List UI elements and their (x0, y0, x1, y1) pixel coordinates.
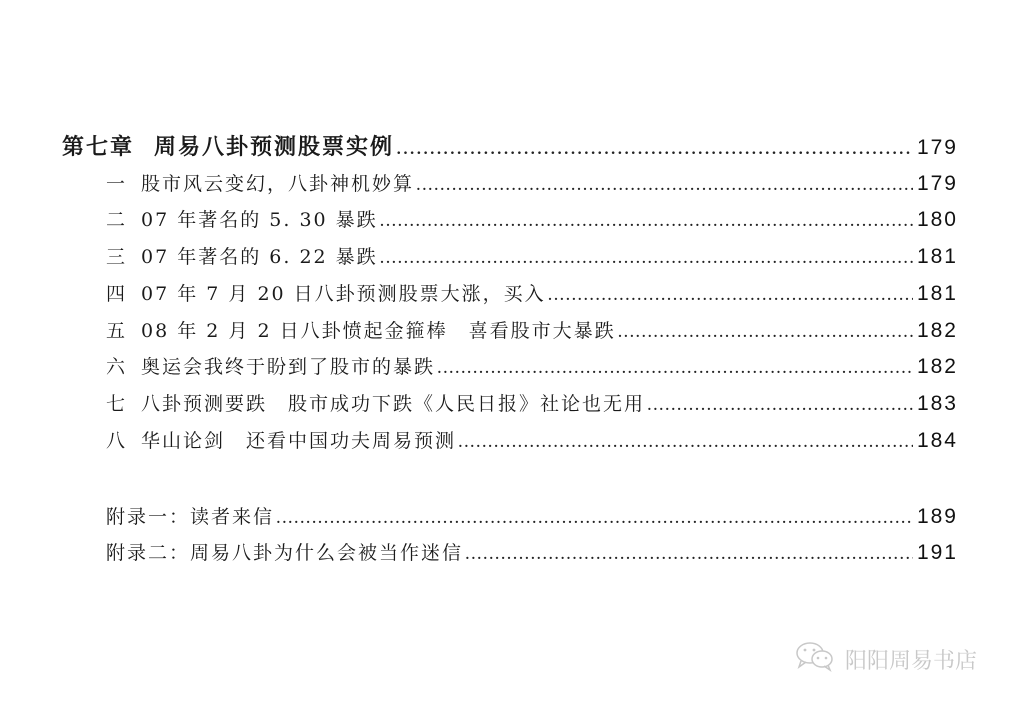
entry-title: 华山论剑 还看中国功夫周易预测 (141, 426, 456, 453)
page-number: 191 (917, 541, 958, 565)
entry-title: 股市风云变幻，八卦神机妙算 (141, 169, 414, 196)
toc-entry: 二 07 年著名的 5. 30 暴跌 .....................… (106, 205, 958, 232)
toc-entry: 三 07 年著名的 6. 22 暴跌 .....................… (106, 242, 958, 269)
wechat-icon (795, 640, 845, 678)
toc-entry: 一 股市风云变幻，八卦神机妙算 ........................… (106, 169, 958, 196)
dot-leader: ........................................… (416, 174, 913, 196)
entry-number: 三 (106, 242, 127, 269)
dot-leader: ........................................… (380, 247, 913, 269)
entry-number: 一 (106, 169, 127, 196)
chapter-heading: 第七章 周易八卦预测股票实例 .........................… (62, 130, 958, 161)
page-number: 182 (917, 355, 958, 379)
page-number: 179 (917, 172, 958, 196)
toc-entry: 八 华山论剑 还看中国功夫周易预测 ......................… (106, 426, 958, 453)
dot-leader: ........................................… (437, 357, 913, 379)
toc-entry: 七 八卦预测要跌 股市成功下跌《人民日报》社论也无用 .............… (106, 389, 958, 416)
page-number: 184 (917, 429, 958, 453)
appendix-entry: 附录一：读者来信 ...............................… (106, 502, 958, 529)
page-number: 181 (917, 245, 958, 269)
entry-number: 二 (106, 205, 127, 232)
dot-leader: ........................................… (465, 543, 913, 565)
dot-leader: ........................................… (548, 284, 913, 306)
appendix-entry: 附录二：周易八卦为什么会被当作迷信 ......................… (106, 538, 958, 565)
entry-number: 八 (106, 426, 127, 453)
chapter-label: 第七章 (62, 130, 134, 161)
page-number: 182 (917, 319, 958, 343)
page-number: 181 (917, 282, 958, 306)
toc-entry: 四 07 年 7 月 20 日八卦预测股票大涨，买入 .............… (106, 279, 958, 306)
toc-entry: 六 奥运会我终于盼到了股市的暴跌 .......................… (106, 352, 958, 379)
page-number: 183 (917, 392, 958, 416)
appendix-title: 附录一：读者来信 (106, 502, 274, 529)
watermark: 阳阳周易书店 (795, 640, 977, 678)
entry-title: 07 年著名的 6. 22 暴跌 (141, 242, 378, 269)
dot-leader: ........................................… (276, 507, 913, 529)
entry-number: 七 (106, 389, 127, 416)
chapter-title: 周易八卦预测股票实例 (154, 130, 394, 161)
page-number: 189 (917, 505, 958, 529)
toc-entry: 五 08 年 2 月 2 日八卦愤起金箍棒 喜看股市大暴跌 ..........… (106, 316, 958, 343)
page-number: 180 (917, 208, 958, 232)
dot-leader: ........................................… (647, 394, 913, 416)
appendix-title: 附录二：周易八卦为什么会被当作迷信 (106, 538, 463, 565)
entry-title: 八卦预测要跌 股市成功下跌《人民日报》社论也无用 (141, 389, 645, 416)
dot-leader: ........................................… (618, 321, 913, 343)
entry-title: 08 年 2 月 2 日八卦愤起金箍棒 喜看股市大暴跌 (141, 316, 616, 343)
entry-number: 五 (106, 316, 127, 343)
entry-number: 六 (106, 352, 127, 379)
watermark-text: 阳阳周易书店 (845, 644, 977, 675)
dot-leader: ........................................… (458, 431, 913, 453)
page-number: 179 (917, 136, 958, 160)
entry-title: 07 年著名的 5. 30 暴跌 (141, 205, 378, 232)
entry-number: 四 (106, 279, 127, 306)
dot-leader: ........................................… (380, 210, 913, 232)
entry-title: 奥运会我终于盼到了股市的暴跌 (141, 352, 435, 379)
entry-title: 07 年 7 月 20 日八卦预测股票大涨，买入 (141, 279, 546, 306)
dot-leader: ........................................… (396, 134, 913, 160)
